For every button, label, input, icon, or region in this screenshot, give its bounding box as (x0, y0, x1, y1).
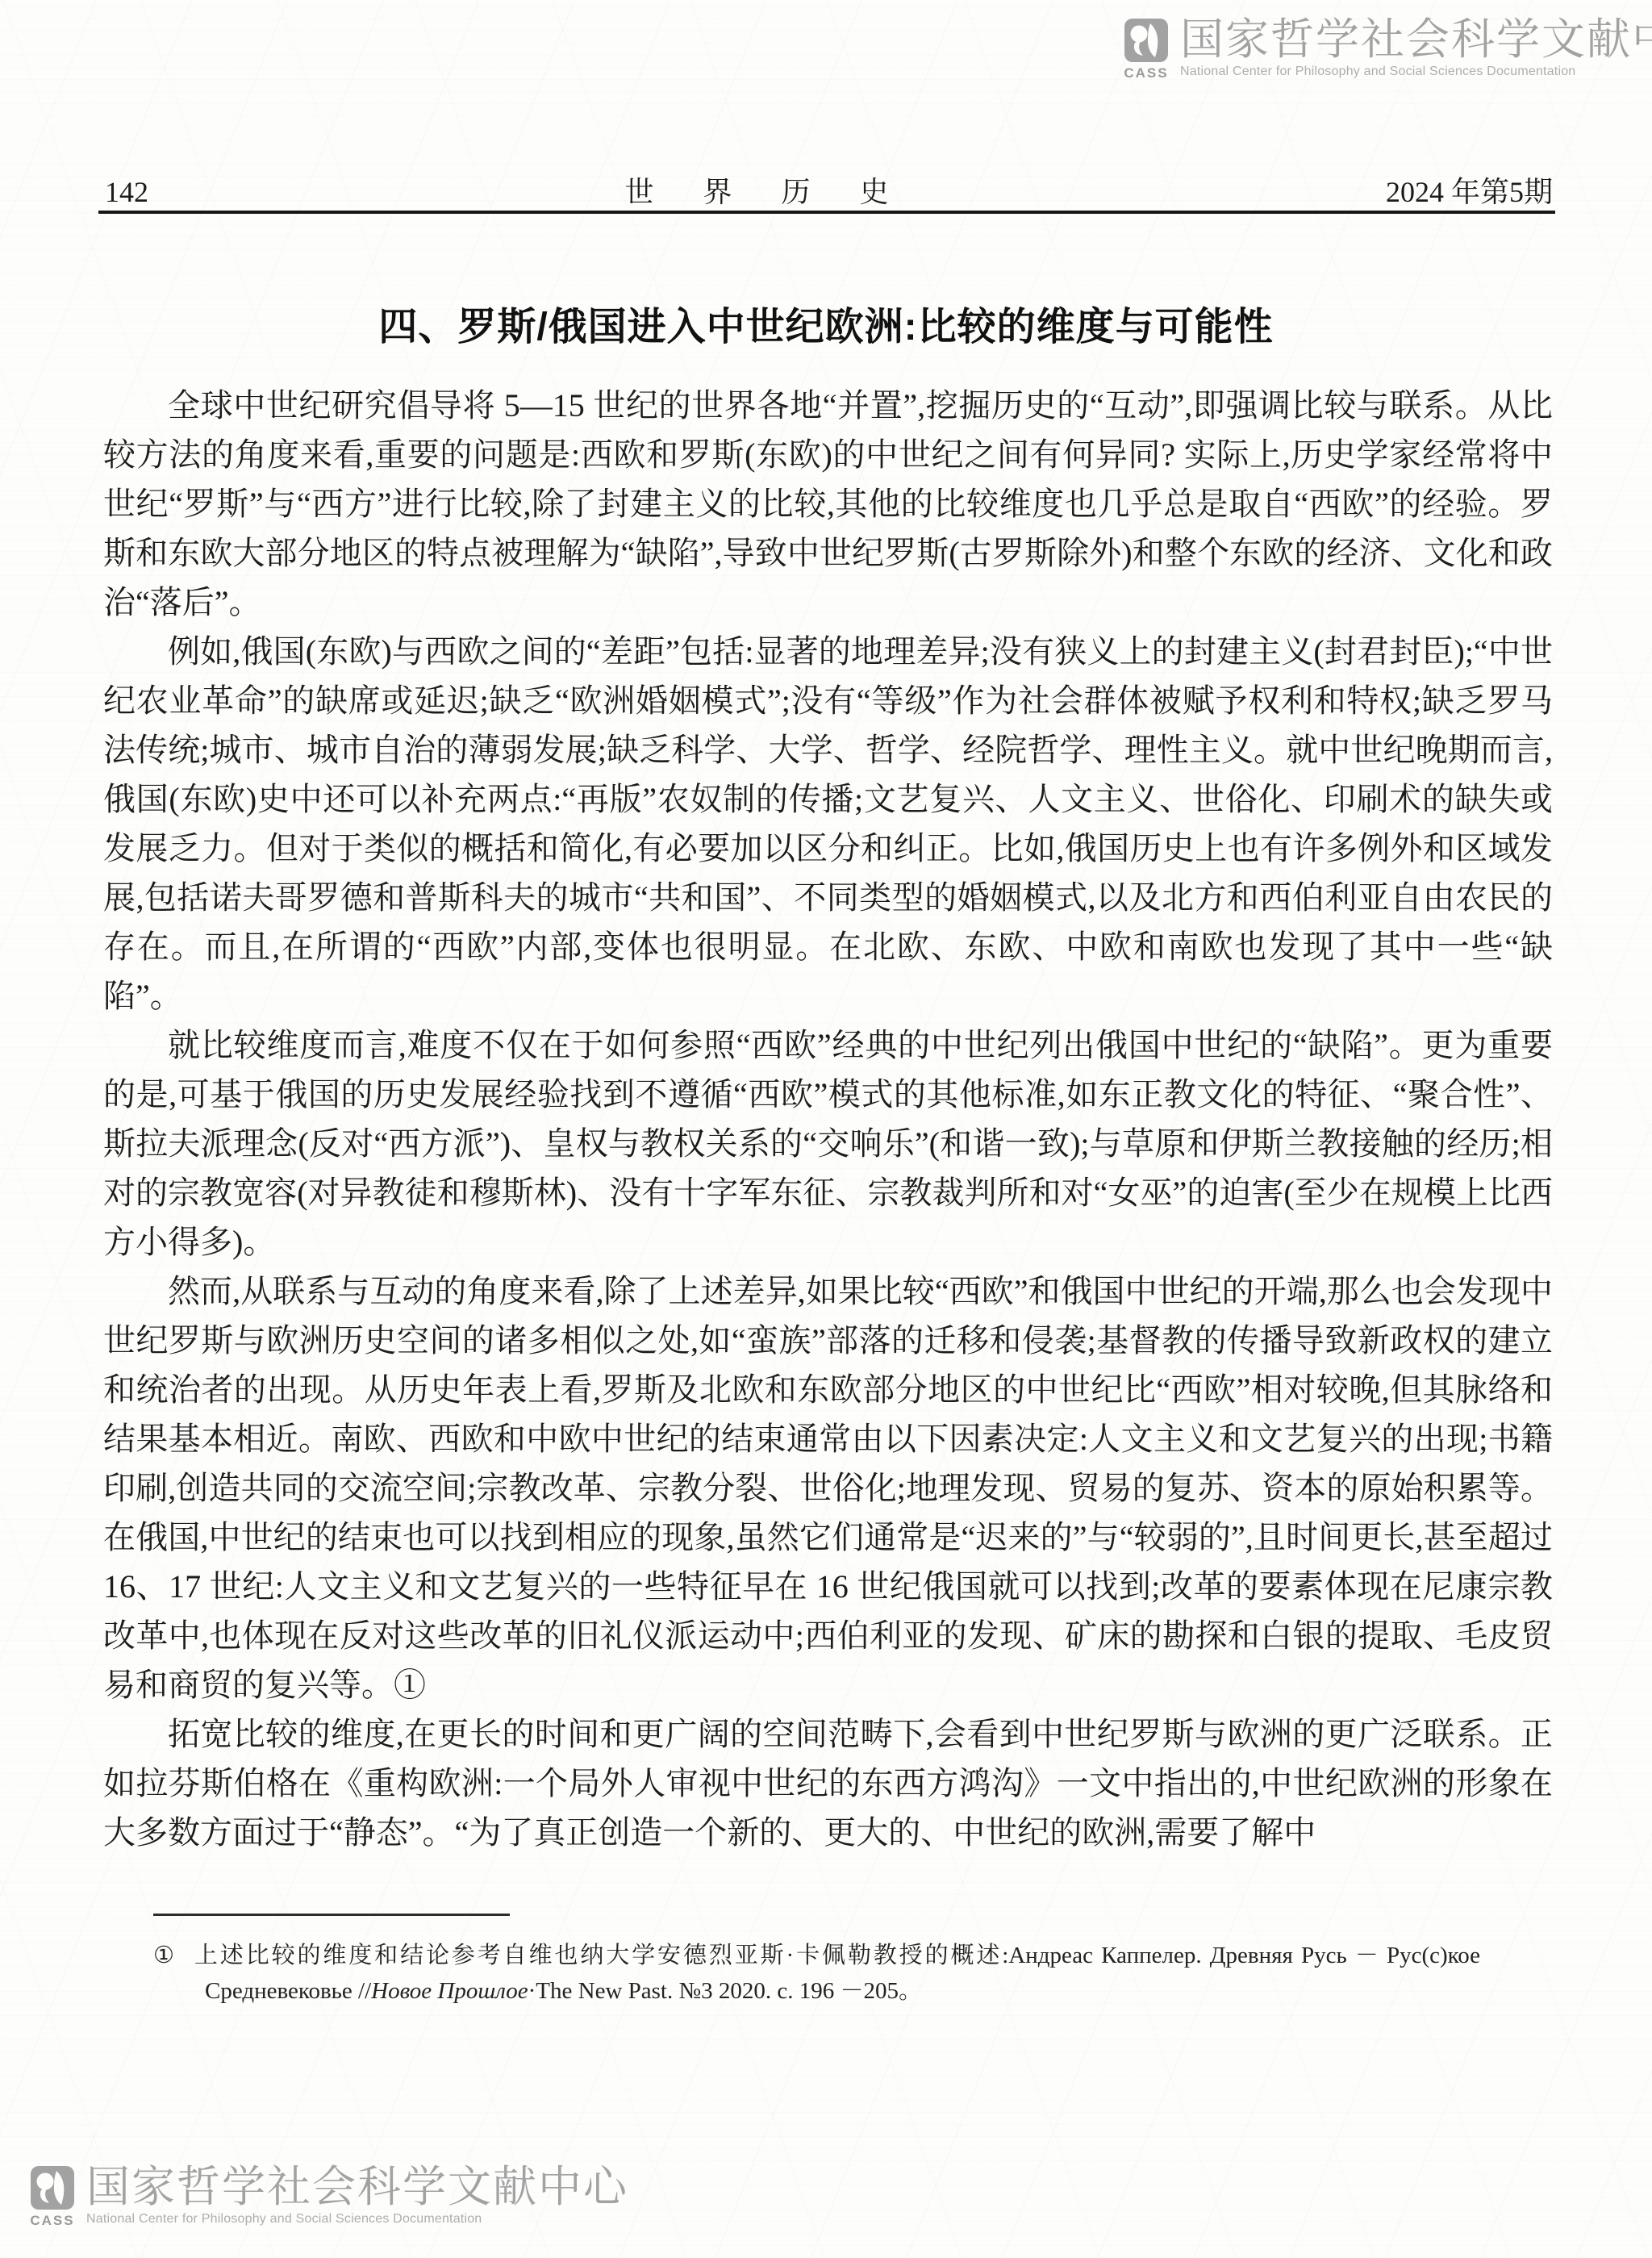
header-divider (98, 211, 1555, 214)
cass-logo-bottom: CASS 国家哲学社会科学文献中心 National Center for Ph… (29, 2165, 628, 2229)
article-body: 全球中世纪研究倡导将 5—15 世纪的世界各地“并置”,挖掘历史的“互动”,即强… (103, 381, 1553, 1857)
section-title: 四、罗斯/俄国进入中世纪欧洲:比较的维度与可能性 (0, 295, 1652, 351)
journal-title: 世 界 历 史 (624, 169, 909, 211)
cass-logo-icon-column: CASS (29, 2165, 76, 2229)
cass-quill-icon (30, 2165, 75, 2210)
page-header: 142 世 界 历 史 2024 年第5期 (105, 169, 1553, 211)
cass-name-english: National Center for Philosophy and Socia… (1180, 65, 1652, 79)
paragraph-3: 就比较维度而言,难度不仅在于如何参照“西欧”经典的中世纪列出俄国中世纪的“缺陷”… (103, 1020, 1553, 1267)
footnote-marker: ① (153, 1943, 177, 1968)
footnote-journal-name: Новое Прошлое (371, 1978, 528, 2004)
footnote-divider (153, 1914, 510, 1916)
cass-quill-icon (1124, 18, 1169, 63)
cass-acronym: CASS (30, 2213, 74, 2229)
issue-label: 2024 年第5期 (1386, 169, 1553, 211)
paragraph-5: 拓宽比较的维度,在更长的时间和更广阔的空间范畴下,会看到中世纪罗斯与欧洲的更广泛… (103, 1709, 1553, 1857)
paragraph-2: 例如,俄国(东欧)与西欧之间的“差距”包括:显著的地理差异;没有狭义上的封建主义… (103, 627, 1553, 1020)
cass-logo-top: CASS 国家哲学社会科学文献中心 National Center for Ph… (1123, 18, 1652, 81)
footnote-text-tail: ·The New Past. №3 2020. с. 196 －205。 (528, 1978, 922, 2004)
cass-acronym: CASS (1124, 65, 1168, 81)
cass-logo-text-column: 国家哲学社会科学文献中心 National Center for Philoso… (86, 2165, 628, 2227)
cass-name-chinese: 国家哲学社会科学文献中心 (86, 2165, 628, 2209)
paragraph-4: 然而,从联系与互动的角度来看,除了上述差异,如果比较“西欧”和俄国中世纪的开端,… (103, 1267, 1553, 1709)
paragraph-1: 全球中世纪研究倡导将 5—15 世纪的世界各地“并置”,挖掘历史的“互动”,即强… (103, 381, 1553, 627)
cass-logo-icon-column: CASS (1123, 18, 1170, 81)
cass-name-english: National Center for Philosophy and Socia… (86, 2212, 628, 2227)
cass-logo-text-column: 国家哲学社会科学文献中心 National Center for Philoso… (1180, 18, 1652, 79)
document-page: CASS 国家哲学社会科学文献中心 National Center for Ph… (0, 0, 1652, 2258)
cass-name-chinese: 国家哲学社会科学文献中心 (1180, 18, 1652, 61)
page-number: 142 (105, 175, 148, 209)
footnote: ①上述比较的维度和结论参考自维也纳大学安德烈亚斯·卡佩勒教授的概述:Андреа… (153, 1938, 1480, 2009)
